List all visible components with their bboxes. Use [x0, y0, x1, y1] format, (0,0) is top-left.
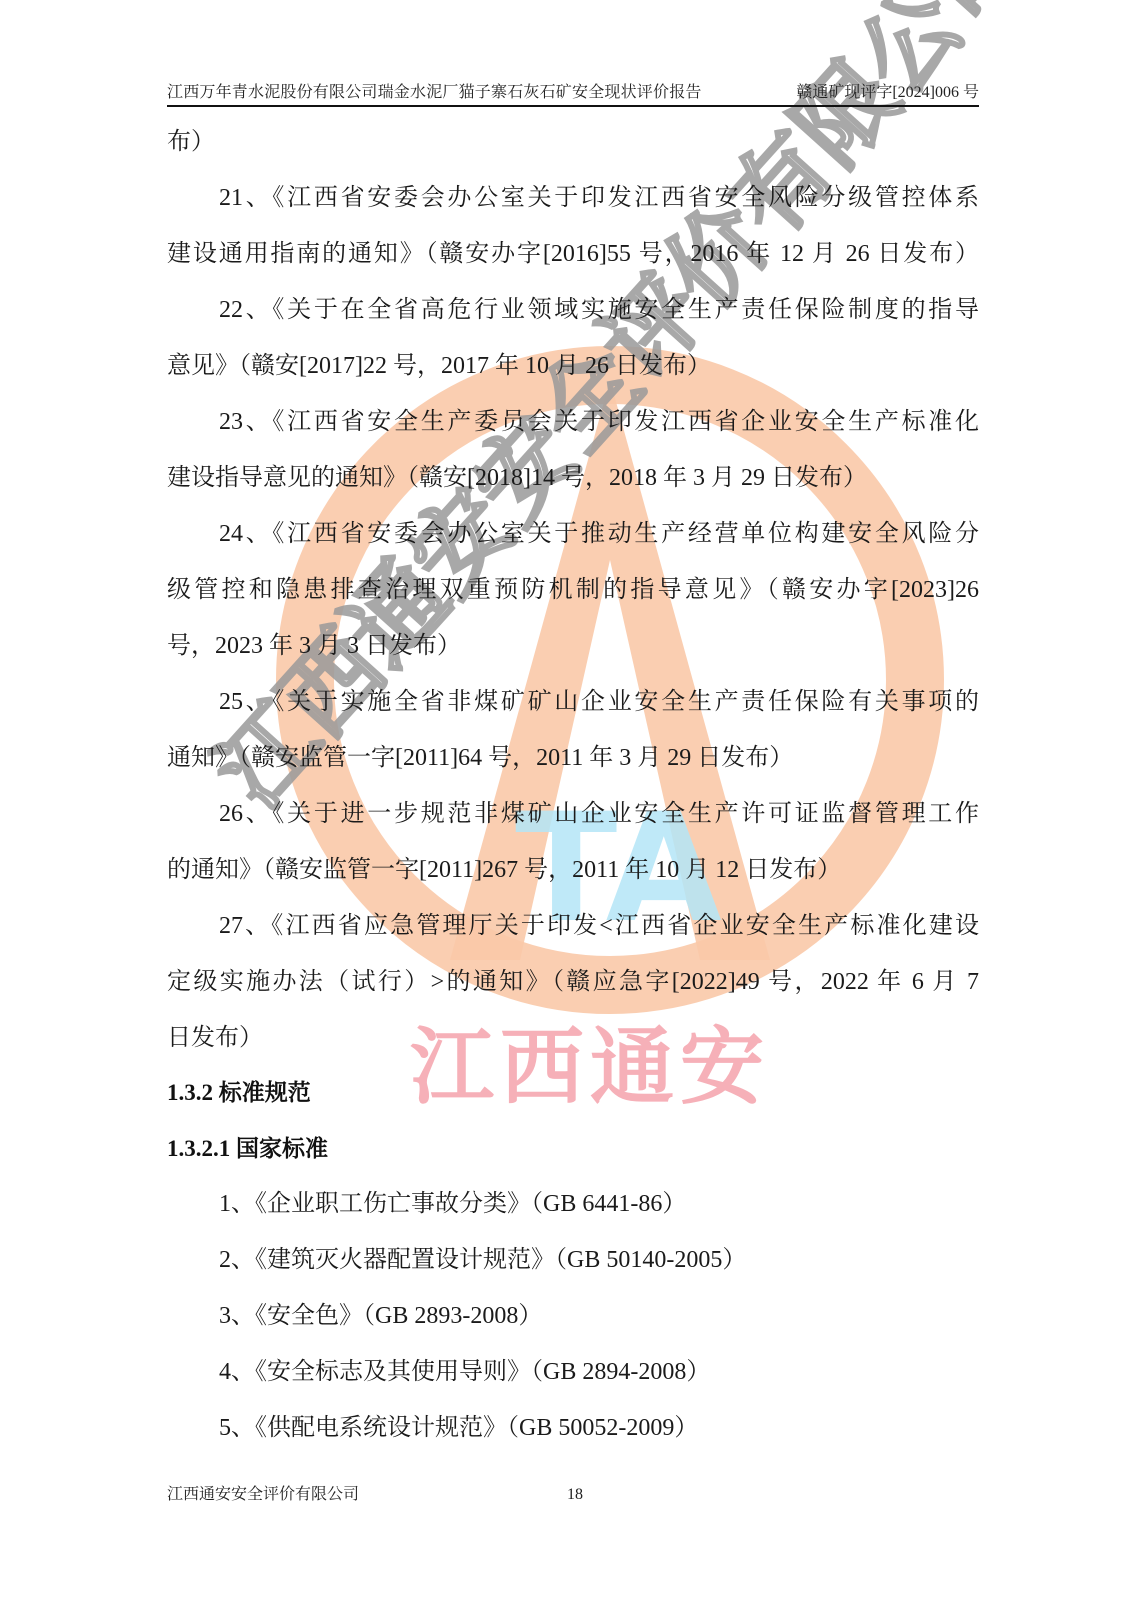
page-header: 江西万年青水泥股份有限公司瑞金水泥厂猫子寨石灰石矿安全现状评价报告 赣通矿现评字…: [167, 80, 979, 106]
page-number: 18: [567, 1484, 583, 1506]
list-item-24: 24、《江西省安委会办公室关于推动生产经营单位构建安全风险分: [219, 514, 979, 554]
document-number: 赣通矿现评字[2024]006 号: [796, 82, 979, 104]
standard-item: 2、《建筑灭火器配置设计规范》（GB 50140-2005）: [219, 1240, 746, 1280]
standard-item: 4、《安全标志及其使用导则》（GB 2894-2008）: [219, 1352, 710, 1392]
text-line: 级管控和隐患排查治理双重预防机制的指导意见》（赣安办字[2023]26: [167, 570, 979, 610]
text-line: 的通知》（赣安监管一字[2011]267 号，2011 年 10 月 12 日发…: [167, 850, 841, 890]
brand-watermark-text: 江西通安: [410, 1000, 770, 1121]
standard-item: 5、《供配电系统设计规范》（GB 50052-2009）: [219, 1408, 698, 1448]
text-line: 定级实施办法（试行）>的通知》（赣应急字[2022]49 号，2022 年 6 …: [167, 962, 979, 1002]
report-title: 江西万年青水泥股份有限公司瑞金水泥厂猫子寨石灰石矿安全现状评价报告: [167, 82, 702, 104]
standard-item: 1、《企业职工伤亡事故分类》（GB 6441-86）: [219, 1184, 686, 1224]
text-line: 日发布）: [167, 1018, 263, 1058]
subsection-heading: 1.3.2.1 国家标准: [167, 1129, 328, 1169]
text-line: 号，2023 年 3 月 3 日发布）: [167, 626, 461, 666]
section-heading: 1.3.2 标准规范: [167, 1073, 311, 1113]
list-item-23: 23、《江西省安全生产委员会关于印发江西省企业安全生产标准化: [219, 402, 979, 442]
text-line: 通知》（赣安监管一字[2011]64 号，2011 年 3 月 29 日发布）: [167, 738, 793, 778]
list-item-21: 21、《江西省安委会办公室关于印发江西省安全风险分级管控体系: [219, 178, 979, 218]
footer-company: 江西通安安全评价有限公司: [167, 1484, 359, 1506]
page-footer: 江西通安安全评价有限公司 18: [167, 1484, 979, 1508]
list-item-26: 26、《关于进一步规范非煤矿山企业安全生产许可证监督管理工作: [219, 794, 979, 834]
standard-item: 3、《安全色》（GB 2893-2008）: [219, 1296, 542, 1336]
text-line: 布）: [167, 122, 215, 162]
header-divider: [167, 105, 979, 107]
list-item-27: 27、《江西省应急管理厅关于印发<江西省企业安全生产标准化建设: [219, 906, 979, 946]
document-page: TA 江西通安 江西通安安全评价有限公司 江西万年青水泥股份有限公司瑞金水泥厂猫…: [0, 0, 1131, 1600]
list-item-22: 22、《关于在全省高危行业领域实施安全生产责任保险制度的指导: [219, 290, 979, 330]
list-item-25: 25、《关于实施全省非煤矿矿山企业安全生产责任保险有关事项的: [219, 682, 979, 722]
text-line: 建设指导意见的通知》（赣安[2018]14 号，2018 年 3 月 29 日发…: [167, 458, 867, 498]
text-line: 意见》（赣安[2017]22 号，2017 年 10 月 26 日发布）: [167, 346, 711, 386]
text-line: 建设通用指南的通知》（赣安办字[2016]55 号，2016 年 12 月 26…: [167, 234, 979, 274]
